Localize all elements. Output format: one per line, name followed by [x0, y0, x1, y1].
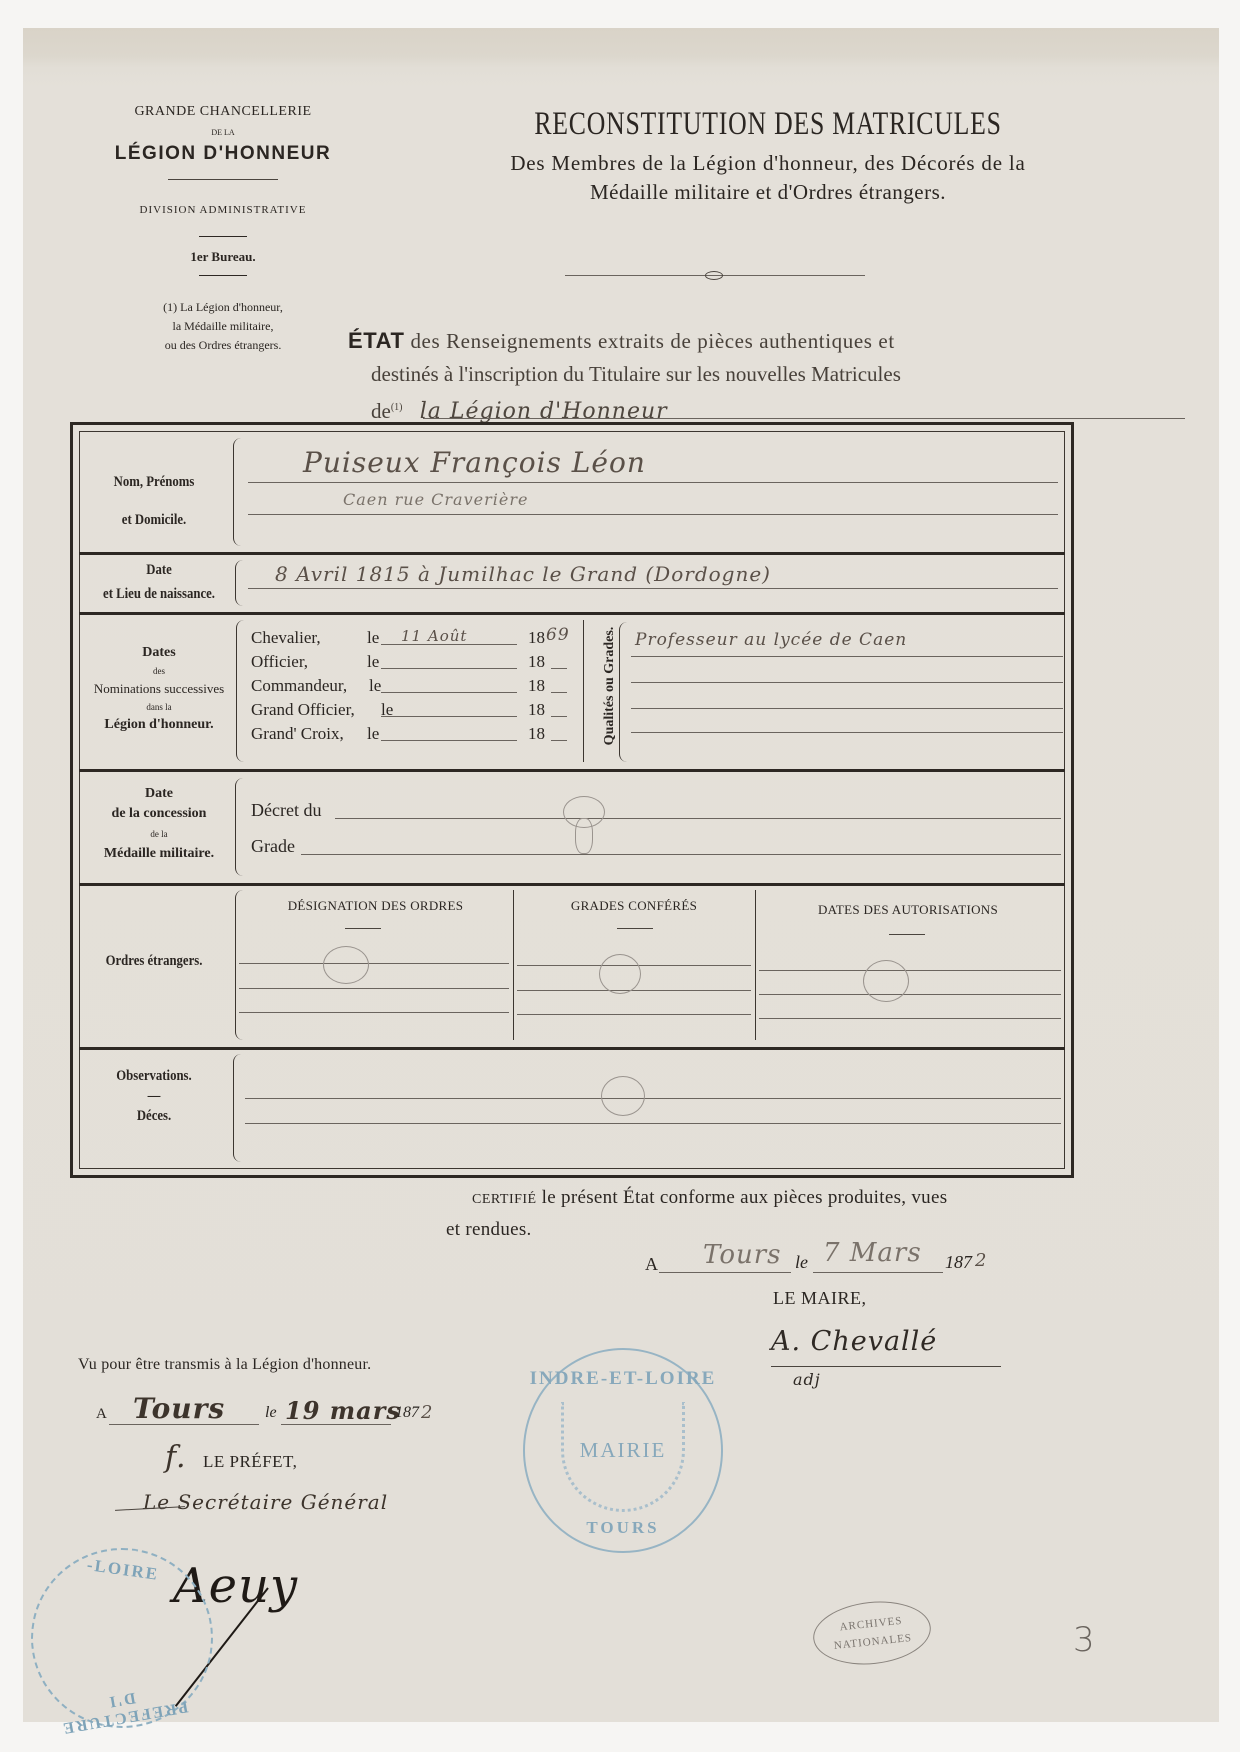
- ordres-designation-field[interactable]: [239, 1012, 509, 1013]
- medaille-label-line-2: de la concession: [79, 804, 239, 824]
- ordres-designation-field[interactable]: [239, 988, 509, 989]
- strike-flourish-icon: [863, 960, 909, 1002]
- matricule-field[interactable]: la Légion d'Honneur: [420, 399, 668, 424]
- divider: [199, 275, 247, 276]
- ordres-grades-field[interactable]: [517, 990, 751, 991]
- year-prefix: 18: [528, 722, 545, 746]
- etat-paragraph: ÉTAT des Renseignements extraits de pièc…: [348, 324, 1188, 428]
- footnote-block: (1) La Légion d'honneur, la Médaille mil…: [93, 298, 353, 355]
- field-line: [381, 716, 517, 717]
- domicile-field[interactable]: Caen rue Craverière: [343, 490, 528, 509]
- year-line: [551, 692, 567, 693]
- page-title: RECONSTITUTION DES MATRICULES: [444, 106, 1091, 143]
- grade-label: Chevalier,: [251, 626, 321, 650]
- field-line: [631, 708, 1063, 709]
- maire-date-field[interactable]: 7 Mars: [823, 1238, 922, 1268]
- footnote-line: la Médaille militaire,: [93, 317, 353, 336]
- row-divider: [79, 769, 1065, 772]
- col-dates-header: DATES DES AUTORISATIONS: [755, 902, 1061, 918]
- observations-field[interactable]: [245, 1123, 1061, 1124]
- naissance-label: Date et Lieu de naissance.: [91, 558, 227, 606]
- nominations-label-line-4: dans la: [79, 698, 239, 716]
- division-administrative: DIVISION ADMINISTRATIVE: [93, 204, 353, 216]
- footnote-line: ou des Ordres étrangers.: [93, 336, 353, 355]
- prefecture-stamp: -LOIRE PREFECTURE D'I: [31, 1548, 213, 1728]
- field-line: [381, 740, 517, 741]
- ordres-dates-field[interactable]: [759, 970, 1061, 971]
- ordres-dates-field[interactable]: [759, 1018, 1061, 1019]
- col-designation-header: DÉSIGNATION DES ORDRES: [238, 898, 513, 914]
- vu-transmis-text: Vu pour être transmis à la Légion d'honn…: [78, 1356, 371, 1374]
- etat-line-1: des Renseignements extraits de pièces au…: [410, 329, 894, 353]
- row-divider: [79, 552, 1065, 555]
- strike-flourish-icon: [601, 1076, 645, 1116]
- certifie-caps: CERTIFIÉ: [472, 1192, 537, 1207]
- year-prefix: 18: [528, 626, 545, 650]
- nomination-row-chevalier: Chevalier, le 11 Août 18 69: [251, 626, 581, 650]
- certifie-paragraph: CERTIFIÉ le présent État conforme aux pi…: [446, 1183, 1186, 1245]
- prefet-a-label: A: [96, 1406, 107, 1423]
- bureau-label: 1er Bureau.: [93, 249, 353, 265]
- grande-chancellerie: GRANDE CHANCELLERIE: [93, 104, 353, 120]
- divider: [345, 928, 381, 929]
- divider: [889, 934, 925, 935]
- prefet-city-field[interactable]: Tours: [133, 1392, 225, 1425]
- ornament-divider: [168, 179, 278, 180]
- ordres-grades-field[interactable]: [517, 1014, 751, 1015]
- nominations-label-line-2: des: [79, 662, 239, 680]
- nomination-row-grand-officier: Grand Officier, le 18: [251, 698, 581, 722]
- certifie-line-2: et rendues.: [446, 1215, 1186, 1245]
- legion-honneur-title: LÉGION D'HONNEUR: [93, 143, 353, 165]
- qualites-field[interactable]: Professeur au lycée de Caen: [635, 630, 907, 650]
- row-divider: [79, 612, 1065, 615]
- ordres-label: Ordres étrangers.: [90, 953, 218, 970]
- field-line: [248, 482, 1058, 483]
- field-line: [381, 668, 517, 669]
- grade-field[interactable]: [301, 854, 1061, 855]
- year-prefix: 18: [528, 674, 545, 698]
- field-line: [248, 514, 1058, 515]
- field-line: [631, 732, 1063, 733]
- page-number: 3: [1073, 1620, 1095, 1660]
- observations-label-line-1: Observations.: [90, 1066, 218, 1086]
- nomination-row-commandeur: Commandeur, le 18: [251, 674, 581, 698]
- etat-line-3: de: [371, 399, 391, 423]
- nominations-label-line-3: Nominations successives: [79, 680, 239, 698]
- medaille-label-line-4: Médaille militaire.: [79, 844, 239, 864]
- field-line: [631, 656, 1063, 657]
- reconstitution-header: RECONSTITUTION DES MATRICULES Des Membre…: [353, 106, 1183, 205]
- year-line: [551, 668, 567, 669]
- nominations-label-line-1: Dates: [79, 644, 239, 662]
- naissance-label-line-2: et Lieu de naissance.: [91, 582, 227, 606]
- nomination-row-officier: Officier, le 18: [251, 650, 581, 674]
- col-grades-header: GRADES CONFÉRÉS: [513, 898, 755, 914]
- le-label: le: [367, 650, 379, 674]
- le-maire-label: LE MAIRE,: [773, 1288, 867, 1309]
- field-line: [659, 1272, 791, 1273]
- subtitle-line-2: Médaille militaire et d'Ordres étrangers…: [353, 180, 1183, 205]
- year-field[interactable]: 69: [546, 623, 570, 647]
- prefet-year-prefix: 187: [395, 1404, 419, 1422]
- field-line: [281, 1424, 391, 1425]
- grade-label: Officier,: [251, 650, 308, 674]
- le-prefet-label: LE PRÉFET,: [203, 1452, 297, 1472]
- stamp-center-text: MAIRIE: [525, 1438, 721, 1463]
- prefet-date-field[interactable]: 19 mars: [285, 1396, 401, 1425]
- stamp-bottom-text: TOURS: [525, 1518, 721, 1538]
- ordres-designation-field[interactable]: [239, 963, 509, 964]
- maire-a-label: A: [645, 1254, 658, 1275]
- de-la: DE LA: [93, 128, 353, 137]
- subtitle-line-1: Des Membres de la Légion d'honneur, des …: [353, 151, 1183, 176]
- le-label: le: [367, 626, 379, 650]
- field-line: [813, 1272, 943, 1273]
- field-line: [109, 1424, 259, 1425]
- nom-label: Nom, Prénoms et Domicile.: [90, 463, 218, 539]
- footnote-line: (1) La Légion d'honneur,: [93, 298, 353, 317]
- brace: [235, 560, 245, 606]
- field-line: [381, 644, 517, 645]
- ordres-dates-field[interactable]: [759, 994, 1061, 995]
- observations-label-line-2: —: [90, 1086, 218, 1106]
- year-line: [551, 740, 567, 741]
- observations-field[interactable]: [245, 1098, 1061, 1099]
- brace: [236, 620, 246, 762]
- certifie-line-1: le présent État conforme aux pièces prod…: [542, 1187, 948, 1208]
- mairie-stamp: INDRE-ET-LOIRE MAIRIE TOURS: [523, 1348, 723, 1553]
- maire-year-field[interactable]: 2: [975, 1250, 987, 1271]
- per-order-mark: f.: [165, 1440, 187, 1475]
- observations-label-line-3: Déces.: [90, 1106, 218, 1126]
- strike-flourish-icon: [575, 818, 593, 854]
- adj-label: adj: [793, 1370, 821, 1389]
- le-label: le: [367, 722, 379, 746]
- document-page: GRANDE CHANCELLERIE DE LA LÉGION D'HONNE…: [23, 28, 1219, 1722]
- field-line: [248, 588, 1058, 589]
- medaille-label-line-3: de la: [79, 824, 239, 844]
- nom-label-line-2: et Domicile.: [90, 501, 218, 539]
- year-prefix: 18: [528, 698, 545, 722]
- etat-line-2: destinés à l'inscription du Titulaire su…: [348, 358, 1188, 391]
- prefet-year-field[interactable]: 2: [421, 1402, 433, 1423]
- strike-flourish-icon: [599, 954, 641, 994]
- grade-label: Commandeur,: [251, 674, 347, 698]
- footnote-ref: (1): [391, 402, 403, 413]
- etat-bold: ÉTAT: [348, 328, 405, 353]
- stamp-bottom-text: PREFECTURE D'I: [41, 1676, 205, 1739]
- birth-field[interactable]: 8 Avril 1815 à Jumilhac le Grand (Dordog…: [275, 562, 771, 586]
- maire-signature: A. Chevallé: [771, 1326, 937, 1357]
- matricule-underline: [423, 418, 1185, 419]
- brace: [619, 622, 629, 762]
- observations-label: Observations. — Déces.: [90, 1066, 218, 1126]
- row-divider: [79, 1047, 1065, 1050]
- field-line: [381, 692, 517, 693]
- ornament-knot-icon: [705, 271, 723, 280]
- maire-city-field[interactable]: Tours: [703, 1240, 782, 1270]
- grade-label: Grade: [251, 836, 295, 857]
- stamp-top-text: INDRE-ET-LOIRE: [525, 1368, 721, 1390]
- nominations-label-line-5: Légion d'honneur.: [79, 716, 239, 734]
- qualites-label: Qualités ou Grades.: [602, 621, 618, 751]
- grade-label: Grand Officier,: [251, 698, 355, 722]
- nom-label-line-1: Nom, Prénoms: [90, 463, 218, 501]
- brace: [233, 1054, 243, 1162]
- prefet-le-label: le: [265, 1404, 277, 1422]
- maire-le-label: le: [795, 1252, 808, 1273]
- name-field[interactable]: Puiseux François Léon: [303, 446, 646, 479]
- naissance-label-line-1: Date: [91, 558, 227, 582]
- grade-label: Grand' Croix,: [251, 722, 344, 746]
- signature-underline: [771, 1366, 1001, 1367]
- medaille-label-line-1: Date: [79, 784, 239, 804]
- nomination-row-grand-croix: Grand' Croix, le 18: [251, 722, 581, 746]
- strike-flourish-icon: [323, 946, 369, 984]
- year-line: [551, 716, 567, 717]
- maire-year-prefix: 187: [945, 1252, 972, 1273]
- brace: [235, 778, 245, 876]
- stamp-top-text: -LOIRE: [62, 1552, 184, 1589]
- decret-label: Décret du: [251, 800, 321, 821]
- secretary-signature: Le Secrétaire Général: [143, 1490, 388, 1514]
- nominations-label: Dates des Nominations successives dans l…: [79, 644, 239, 734]
- le-label: le: [369, 674, 381, 698]
- le-label: le: [381, 698, 393, 722]
- chancellerie-header: GRANDE CHANCELLERIE DE LA LÉGION D'HONNE…: [93, 104, 353, 355]
- divider: [199, 236, 247, 237]
- medaille-label: Date de la concession de la Médaille mil…: [79, 784, 239, 864]
- decret-field[interactable]: [335, 818, 1061, 819]
- brace: [233, 438, 243, 546]
- archives-nationales-stamp: ARCHIVES NATIONALES: [810, 1596, 934, 1670]
- column-divider: [583, 620, 584, 762]
- divider: [617, 928, 653, 929]
- year-prefix: 18: [528, 650, 545, 674]
- row-divider: [79, 883, 1065, 886]
- field-line: [631, 682, 1063, 683]
